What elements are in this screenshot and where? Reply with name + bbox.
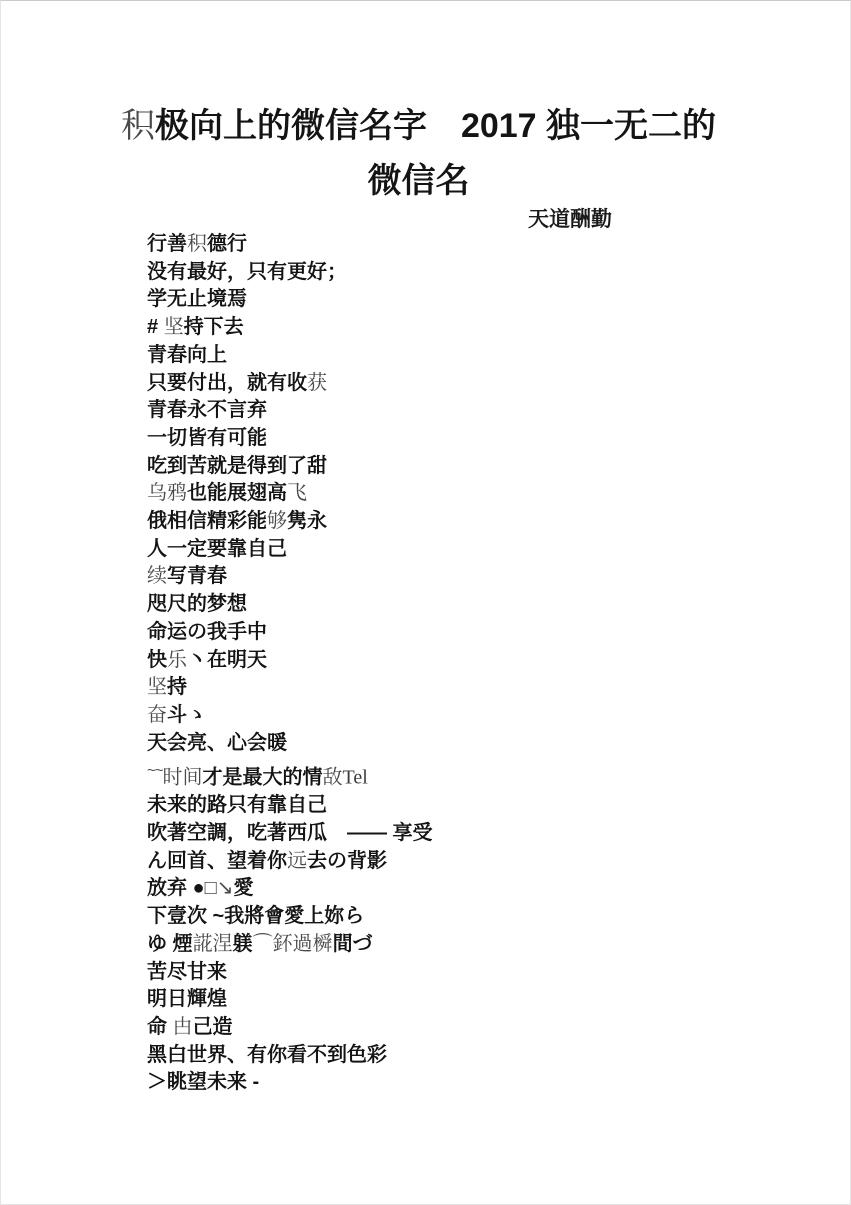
text-segment: 敌 — [323, 767, 343, 789]
list-line: 没有最好，只有更好； — [147, 259, 850, 287]
list-line: ＞眺望未来 - — [147, 1069, 850, 1097]
list-line: 吹著空調，吃著西瓜 —— 享受 — [147, 820, 850, 848]
list-line: ん回首、望着你远去の背影 — [147, 848, 850, 876]
text-segment: 黑白世界、有你看不到色彩 — [147, 1044, 387, 1066]
list-line: 黑白世界、有你看不到色彩 — [147, 1042, 850, 1070]
text-segment: 天会亮、心会暖 — [147, 732, 287, 754]
text-segment: 写青春 — [167, 565, 227, 587]
text-segment: 下壹次 ~我將會愛上妳ら — [147, 905, 364, 927]
text-segment: 积 — [187, 233, 207, 255]
text-segment: # — [147, 316, 164, 338]
list-line: 续写青春 — [147, 563, 850, 591]
byline: 天道酬勤 — [1, 209, 850, 231]
text-segment: 远 — [287, 850, 307, 872]
text-segment: 坚 — [147, 676, 167, 698]
text-segment: 持 — [167, 676, 187, 698]
text-segment: 命 — [147, 1016, 173, 1038]
text-segment: 未来的路只有靠自己 — [147, 794, 327, 816]
text-segment: 够 — [267, 510, 287, 532]
text-segment: 俄相信精彩能 — [147, 510, 267, 532]
list-line: 苦尽甘来 — [147, 959, 850, 987]
text-segment: 吃到苦就是得到了甜 — [147, 455, 327, 477]
text-segment: Tel — [343, 767, 368, 789]
text-segment: 也能展翅高 — [187, 482, 287, 504]
text-segment: 放弃 ● — [147, 877, 205, 899]
list-line: 俄相信精彩能够隽永 — [147, 508, 850, 536]
text-segment: □↘ — [205, 877, 234, 899]
text-segment: 德行 — [207, 233, 247, 255]
list-line: 快乐丶在明天 — [147, 647, 850, 675]
text-segment: 坚 — [164, 316, 184, 338]
text-segment: 一切皆有可能 — [147, 427, 267, 449]
text-segment: 躾 — [233, 933, 253, 955]
text-segment: 获 — [307, 372, 327, 394]
text-segment: 明日輝煌 — [147, 988, 227, 1010]
text-segment: 乌鸦 — [147, 482, 187, 504]
list-line: 人一定要靠自己 — [147, 536, 850, 564]
text-segment: ゆ 煙 — [147, 933, 193, 955]
list-line: 咫尺的梦想 — [147, 591, 850, 619]
text-segment: 乐 — [167, 649, 187, 671]
text-segment: 間づ — [333, 933, 373, 955]
text-segment: 命运の我手中 — [147, 621, 267, 643]
text-segment: 只要付出，就有收 — [147, 372, 307, 394]
text-segment: 誮涅 — [193, 933, 233, 955]
list-line: 行善积德行 — [147, 231, 850, 259]
name-list: 行善积德行没有最好，只有更好；学无止境焉# 坚持下去青春向上只要付出，就有收获青… — [1, 231, 850, 1097]
text-segment: 续 — [147, 565, 167, 587]
list-line: ゆ 煙誮涅躾⌒鈈過橓間づ — [147, 931, 850, 959]
document-page: 积极向上的微信名字 2017 独一无二的微信名 天道酬勤 行善积德行没有最好，只… — [0, 0, 851, 1205]
text-segment: 去の背影 — [307, 850, 387, 872]
text-segment: 青春向上 — [147, 344, 227, 366]
text-segment: 吹著空調，吃著西瓜 —— 享受 — [147, 822, 433, 844]
list-line: 命运の我手中 — [147, 619, 850, 647]
list-line: 命 甴己造 — [147, 1014, 850, 1042]
text-segment: 飞 — [287, 482, 307, 504]
list-line: 乌鸦也能展翅高飞 — [147, 480, 850, 508]
text-segment: 极向上的微信名字 2017 独一无二的 — [155, 107, 716, 145]
list-line: 青春永不言弃 — [147, 397, 850, 425]
text-segment: ＞眺望未来 - — [147, 1071, 259, 1093]
text-segment: 丶在明天 — [187, 649, 267, 671]
title-line: 微信名 — [1, 154, 836, 209]
list-line: 下壹次 ~我將會愛上妳ら — [147, 903, 850, 931]
list-line: 一切皆有可能 — [147, 425, 850, 453]
text-segment: ~~ — [147, 762, 163, 779]
list-line: 吃到苦就是得到了甜 — [147, 453, 850, 481]
text-segment: 微信名 — [368, 162, 470, 200]
list-line: 只要付出，就有收获 — [147, 370, 850, 398]
text-segment: 积 — [121, 107, 155, 145]
text-segment: 奋 — [147, 704, 167, 726]
text-segment: 快 — [147, 649, 167, 671]
text-segment: 愛 — [233, 877, 253, 899]
list-line: 未来的路只有靠自己 — [147, 792, 850, 820]
list-line: ~~时间才是最大的情敌Tel — [147, 757, 850, 792]
list-line: 学无止境焉 — [147, 286, 850, 314]
page-title: 积极向上的微信名字 2017 独一无二的微信名 — [1, 99, 850, 209]
text-segment: 苦尽甘来 — [147, 961, 227, 983]
text-segment: 时间 — [163, 767, 203, 789]
text-segment: 隽永 — [287, 510, 327, 532]
list-line: 青春向上 — [147, 342, 850, 370]
text-segment: 斗ゝ — [167, 704, 207, 726]
text-segment: 持下去 — [184, 316, 244, 338]
list-line: 奋斗ゝ — [147, 702, 850, 730]
text-segment: 行善 — [147, 233, 187, 255]
text-segment: 青春永不言弃 — [147, 399, 267, 421]
text-segment: ん回首、望着你 — [147, 850, 287, 872]
text-segment: 学无止境焉 — [147, 288, 247, 310]
text-segment: 人一定要靠自己 — [147, 538, 287, 560]
text-segment: 甴 — [173, 1016, 193, 1038]
list-line: 坚持 — [147, 674, 850, 702]
list-line: # 坚持下去 — [147, 314, 850, 342]
title-line: 积极向上的微信名字 2017 独一无二的 — [1, 99, 836, 154]
text-segment: 才是最大的情 — [203, 767, 323, 789]
text-segment: 咫尺的梦想 — [147, 593, 247, 615]
list-line: 天会亮、心会暖 — [147, 730, 850, 758]
text-segment: 没有最好，只有更好； — [147, 261, 347, 283]
list-line: 明日輝煌 — [147, 986, 850, 1014]
list-line: 放弃 ●□↘愛 — [147, 875, 850, 903]
text-segment: 己造 — [193, 1016, 233, 1038]
text-segment: ⌒鈈過橓 — [253, 933, 333, 955]
